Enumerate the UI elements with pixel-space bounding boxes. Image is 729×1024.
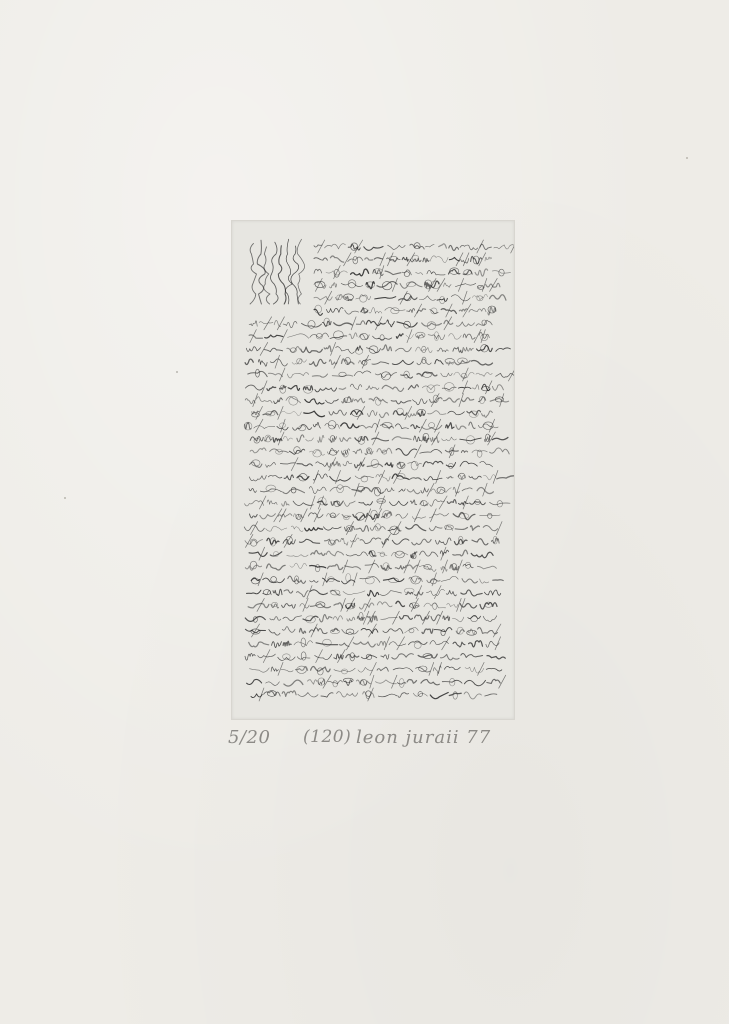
paper-speck xyxy=(686,157,688,159)
paper-speck xyxy=(64,497,66,499)
plate-number: (120) xyxy=(303,727,351,747)
artist-signature: leon juraii 77 xyxy=(356,727,491,748)
scribble-script-artwork xyxy=(232,221,514,719)
paper-speck xyxy=(176,371,178,373)
etching-plate xyxy=(231,220,515,720)
edition-number: 5/20 xyxy=(228,727,270,748)
